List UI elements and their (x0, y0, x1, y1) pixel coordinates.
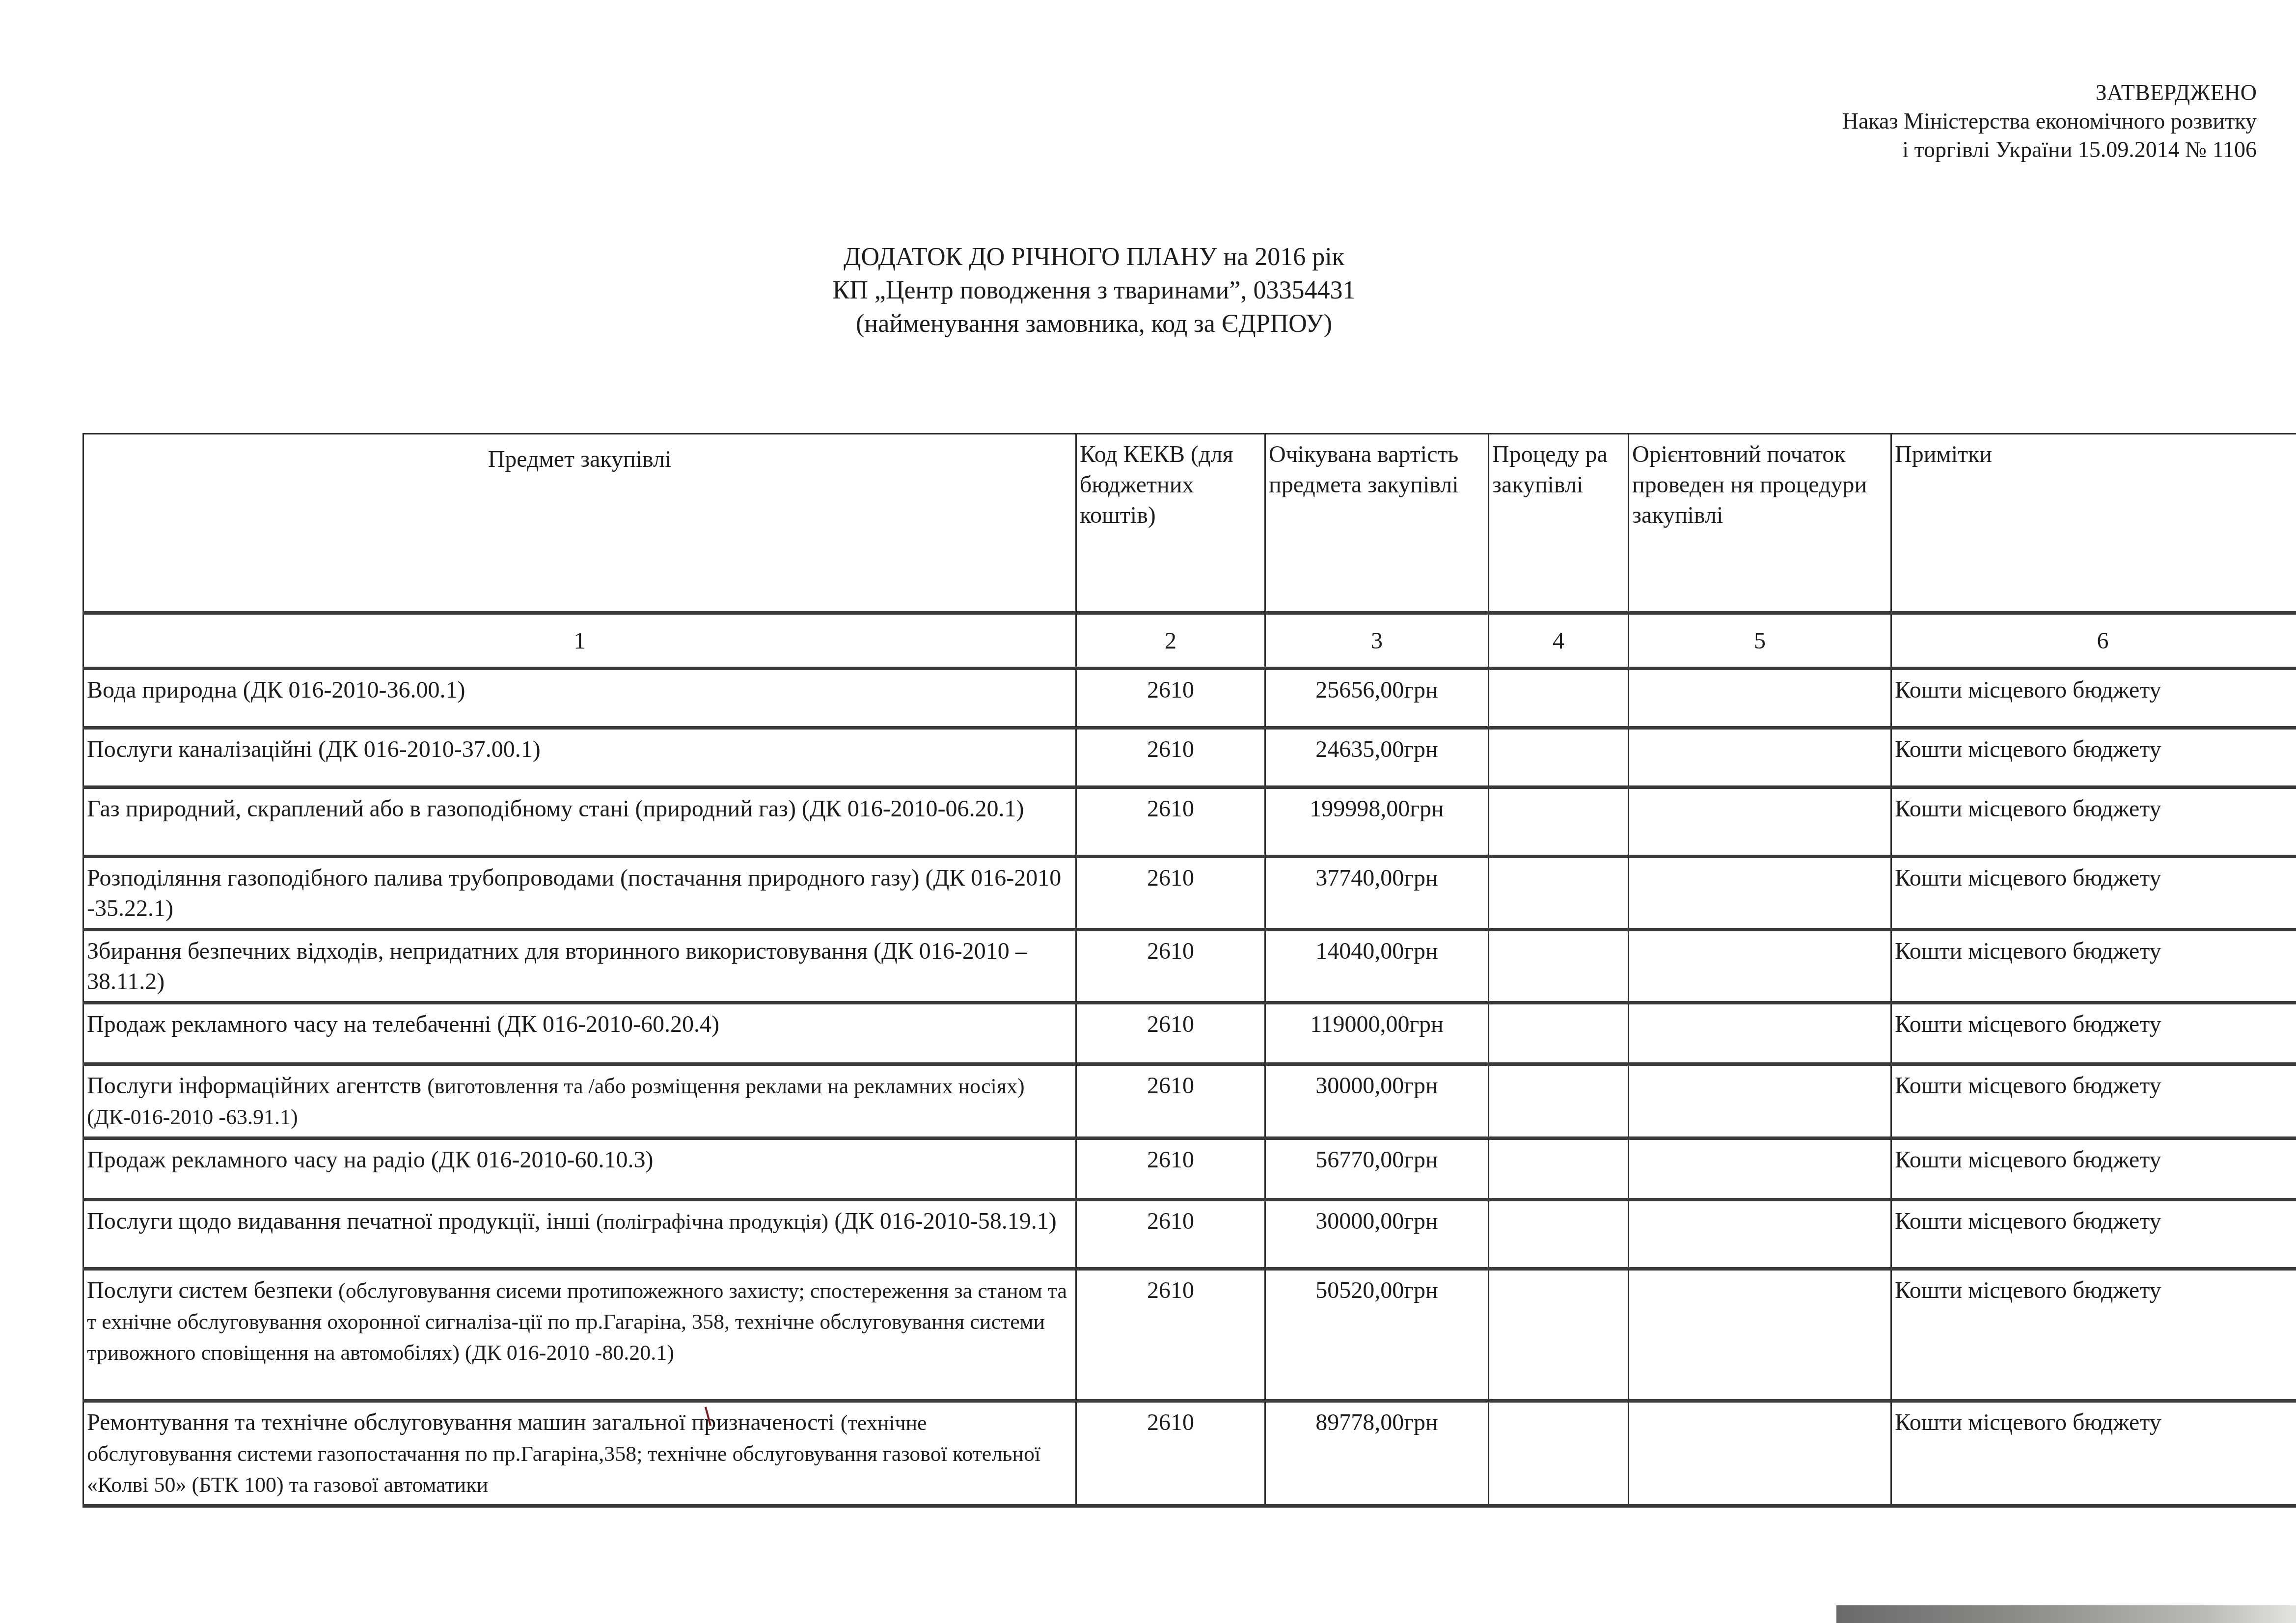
header-kekv-code: Код КЕКВ (для бюджетних коштів) (1076, 434, 1265, 613)
customer-caption: (найменування замовника, код за ЄДРПОУ) (0, 307, 2296, 341)
cost-cell: 56770,00грн (1265, 1138, 1489, 1200)
customer-name: КП „Центр поводження з тваринами”, 03354… (0, 274, 2296, 307)
column-number-row: 1 2 3 4 5 6 (83, 613, 2296, 669)
procedure-cell (1489, 1064, 1629, 1138)
table-row: Послуги щодо видавання печатної продукці… (83, 1200, 2296, 1269)
table-row: Збирання безпечних відходів, непридатних… (83, 930, 2296, 1003)
cost-cell: 119000,00грн (1265, 1003, 1489, 1064)
kekv-code-cell: 2610 (1076, 728, 1265, 787)
kekv-code-cell: 2610 (1076, 1064, 1265, 1138)
subject-main: Послуги щодо видавання печатної продукці… (87, 1208, 596, 1234)
procedure-cell (1489, 787, 1629, 857)
table-row: Вода природна (ДК 016-2010-36.00.1) 2610… (83, 669, 2296, 728)
subject-cell: Послуги систем безпеки (обслуговування с… (83, 1269, 1076, 1401)
column-number: 5 (1629, 613, 1891, 669)
subject-cell: Послуги інформаційних агентств (виготовл… (83, 1064, 1076, 1138)
procedure-cell (1489, 930, 1629, 1003)
cost-cell: 199998,00грн (1265, 787, 1489, 857)
procurement-plan-table: Предмет закупівлі Код КЕКВ (для бюджетни… (82, 433, 2296, 1508)
subject-main: Ремонтування та технічне обслуговування … (87, 1409, 841, 1435)
start-cell (1629, 930, 1891, 1003)
kekv-code-cell: 2610 (1076, 669, 1265, 728)
subject-cell: Розподіляння газоподібного палива трубоп… (83, 857, 1076, 930)
approval-order-line-1: Наказ Міністерства економічного розвитку (1618, 107, 2257, 135)
kekv-code-cell: 2610 (1076, 930, 1265, 1003)
approval-order-line-2: і торгівлі України 15.09.2014 № 1106 (1618, 135, 2257, 164)
note-cell: Кошти місцевого бюджету (1891, 1200, 2296, 1269)
kekv-code-cell: 2610 (1076, 1138, 1265, 1200)
table-row: Продаж рекламного часу на телебаченні (Д… (83, 1003, 2296, 1064)
procedure-cell (1489, 1269, 1629, 1401)
subject-cell: Продаж рекламного часу на телебаченні (Д… (83, 1003, 1076, 1064)
note-cell: Кошти місцевого бюджету (1891, 1003, 2296, 1064)
cost-cell: 30000,00грн (1265, 1064, 1489, 1138)
note-cell: Кошти місцевого бюджету (1891, 1138, 2296, 1200)
note-cell: Кошти місцевого бюджету (1891, 1401, 2296, 1506)
start-cell (1629, 1064, 1891, 1138)
column-number: 4 (1489, 613, 1629, 669)
procedure-cell (1489, 669, 1629, 728)
column-number: 3 (1265, 613, 1489, 669)
subject-main: Послуги інформаційних агентств (87, 1073, 427, 1099)
note-cell: Кошти місцевого бюджету (1891, 787, 2296, 857)
header-procedure: Процеду ра закупівлі (1489, 434, 1629, 613)
subject-code: (ДК 016-2010-58.19.1) (828, 1208, 1057, 1234)
scan-edge-shadow (1836, 1605, 2296, 1623)
start-cell (1629, 787, 1891, 857)
column-number: 2 (1076, 613, 1265, 669)
subject-cell: Ремонтування та технічне обслуговування … (83, 1401, 1076, 1506)
approval-title: ЗАТВЕРДЖЕНО (1618, 79, 2257, 107)
subject-cell: Газ природний, скраплений або в газоподі… (83, 787, 1076, 857)
subject-detail: (поліграфічна продукція) (596, 1210, 828, 1234)
cost-cell: 37740,00грн (1265, 857, 1489, 930)
cost-cell: 24635,00грн (1265, 728, 1489, 787)
header-subject: Предмет закупівлі (83, 434, 1076, 613)
table-row: Послуги каналізаційні (ДК 016-2010-37.00… (83, 728, 2296, 787)
subject-cell: Послуги щодо видавання печатної продукці… (83, 1200, 1076, 1269)
procedure-cell (1489, 1003, 1629, 1064)
cost-cell: 25656,00грн (1265, 669, 1489, 728)
procedure-cell (1489, 1401, 1629, 1506)
kekv-code-cell: 2610 (1076, 857, 1265, 930)
note-cell: Кошти місцевого бюджету (1891, 1064, 2296, 1138)
kekv-code-cell: 2610 (1076, 1200, 1265, 1269)
note-cell: Кошти місцевого бюджету (1891, 857, 2296, 930)
start-cell (1629, 1401, 1891, 1506)
table-header-row: Предмет закупівлі Код КЕКВ (для бюджетни… (83, 434, 2296, 613)
document-title: ДОДАТОК ДО РІЧНОГО ПЛАНУ на 2016 рік (0, 241, 2296, 274)
procedure-cell (1489, 857, 1629, 930)
procedure-cell (1489, 728, 1629, 787)
procedure-cell (1489, 1200, 1629, 1269)
note-cell: Кошти місцевого бюджету (1891, 669, 2296, 728)
kekv-code-cell: 2610 (1076, 1401, 1265, 1506)
start-cell (1629, 1003, 1891, 1064)
table-row: Ремонтування та технічне обслуговування … (83, 1401, 2296, 1506)
start-cell (1629, 669, 1891, 728)
start-cell (1629, 1138, 1891, 1200)
subject-main: Послуги систем безпеки (87, 1277, 338, 1303)
cost-cell: 50520,00грн (1265, 1269, 1489, 1401)
column-number: 1 (83, 613, 1076, 669)
cost-cell: 30000,00грн (1265, 1200, 1489, 1269)
start-cell (1629, 728, 1891, 787)
kekv-code-cell: 2610 (1076, 1269, 1265, 1401)
table-row: Газ природний, скраплений або в газоподі… (83, 787, 2296, 857)
cost-cell: 14040,00грн (1265, 930, 1489, 1003)
start-cell (1629, 1269, 1891, 1401)
table-row: Послуги систем безпеки (обслуговування с… (83, 1269, 2296, 1401)
document-header: ДОДАТОК ДО РІЧНОГО ПЛАНУ на 2016 рік КП … (0, 241, 2296, 341)
procedure-cell (1489, 1138, 1629, 1200)
note-cell: Кошти місцевого бюджету (1891, 728, 2296, 787)
table-row: Розподіляння газоподібного палива трубоп… (83, 857, 2296, 930)
subject-cell: Послуги каналізаційні (ДК 016-2010-37.00… (83, 728, 1076, 787)
header-notes: Примітки (1891, 434, 2296, 613)
subject-cell: Вода природна (ДК 016-2010-36.00.1) (83, 669, 1076, 728)
header-expected-cost: Очікувана вартість предмета закупівлі (1265, 434, 1489, 613)
note-cell: Кошти місцевого бюджету (1891, 1269, 2296, 1401)
note-cell: Кошти місцевого бюджету (1891, 930, 2296, 1003)
table-row: Послуги інформаційних агентств (виготовл… (83, 1064, 2296, 1138)
kekv-code-cell: 2610 (1076, 787, 1265, 857)
start-cell (1629, 1200, 1891, 1269)
subject-cell: Продаж рекламного часу на радіо (ДК 016-… (83, 1138, 1076, 1200)
subject-cell: Збирання безпечних відходів, непридатних… (83, 930, 1076, 1003)
kekv-code-cell: 2610 (1076, 1003, 1265, 1064)
approval-stamp: ЗАТВЕРДЖЕНО Наказ Міністерства економічн… (1618, 79, 2257, 164)
start-cell (1629, 857, 1891, 930)
header-start-date: Орієнтовний початок проведен ня процедур… (1629, 434, 1891, 613)
cost-cell: 89778,00грн (1265, 1401, 1489, 1506)
table-row: Продаж рекламного часу на радіо (ДК 016-… (83, 1138, 2296, 1200)
column-number: 6 (1891, 613, 2296, 669)
